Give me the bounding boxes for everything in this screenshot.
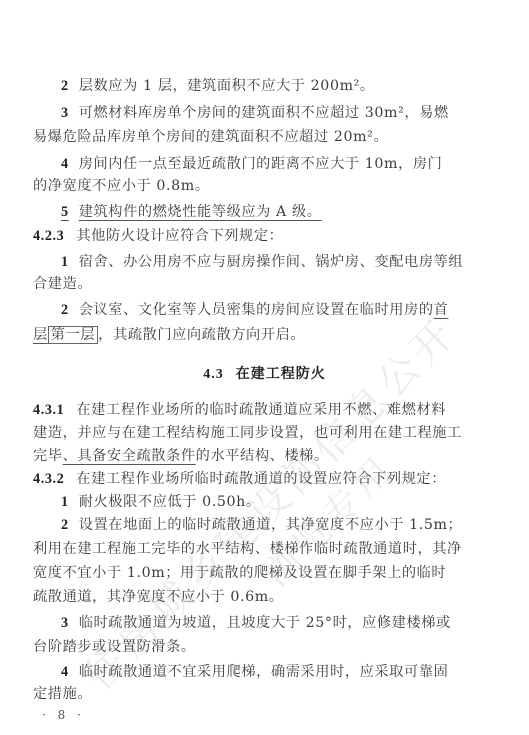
text-line: 疏散通道，其净宽度不应小于 0.6m。	[33, 587, 284, 607]
text-line: 台阶踏步或设置防滑条。	[33, 637, 196, 657]
text-line: 建造，并应与在建工程结构施工同步设置，也可利用在建工程施工	[33, 423, 462, 443]
item-3-storage: 3可燃材料库房单个房间的建筑面积不应超过 30m²，易燃	[61, 103, 449, 123]
page-number: · 8 ·	[42, 708, 85, 722]
text-line: 合建造。	[33, 274, 92, 294]
clause-4-3-1: 4.3.1在建工程作业场所的临时疏散通道应采用不燃、难燃材料	[33, 400, 446, 420]
item-2-floors: 2层数应为 1 层，建筑面积不应大于 200m²。	[61, 76, 375, 96]
text-line: 易爆危险品库房单个房间的建筑面积不应超过 20m²。	[33, 127, 388, 147]
item-4-distance: 4房间内任一点至最近疏散门的距离不应大于 10m，房门	[61, 154, 442, 174]
text-line: 完毕、具备安全疏散条件的水平结构、楼梯。	[33, 446, 329, 466]
item-3-slope: 3临时疏散通道为坡道，且坡度大于 25°时，应修建楼梯或	[61, 613, 451, 633]
clause-4-2-3: 4.2.3其他防火设计应符合下列规定：	[33, 226, 283, 246]
item-2-meeting-room: 2会议室、文化室等人员密集的房间应设置在临时用房的首	[61, 300, 448, 320]
item-5-fire-grade: 5建筑构件的燃烧性能等级应为 A 级。	[61, 202, 322, 222]
text-line: 利用在建工程施工完毕的水平结构、楼梯作临时疏散通道时，其净	[33, 539, 462, 559]
item-1-fire-resistance: 1耐火极限不应低于 0.50h。	[61, 492, 261, 512]
document-page: 2层数应为 1 层，建筑面积不应大于 200m²。 3可燃材料库房单个房间的建筑…	[0, 0, 529, 735]
clause-4-3-2: 4.3.2在建工程作业场所临时疏散通道的设置应符合下列规定：	[33, 469, 446, 489]
revision-box: 第一层	[48, 326, 98, 344]
text-line: 定措施。	[33, 684, 92, 704]
item-4-ladder: 4临时疏散通道不宜采用爬梯，确需采用时，应采取可靠固	[61, 662, 448, 682]
text-line: 宽度不宜小于 1.0m；用于疏散的爬梯及设置在脚手架上的临时	[33, 563, 446, 583]
item-1-dormitory: 1宿舍、办公用房不应与厨房操作间、锅炉房、变配电房等组	[61, 252, 463, 272]
section-heading: 4.3在建工程防火	[0, 363, 529, 383]
text-line: 的净宽度不应小于 0.8m。	[33, 176, 210, 196]
item-2-width: 2设置在地面上的临时疏散通道，其净宽度不应小于 1.5m；	[61, 515, 462, 535]
text-line: 层第一层，其疏散门应向疏散方向开启。	[33, 325, 305, 345]
